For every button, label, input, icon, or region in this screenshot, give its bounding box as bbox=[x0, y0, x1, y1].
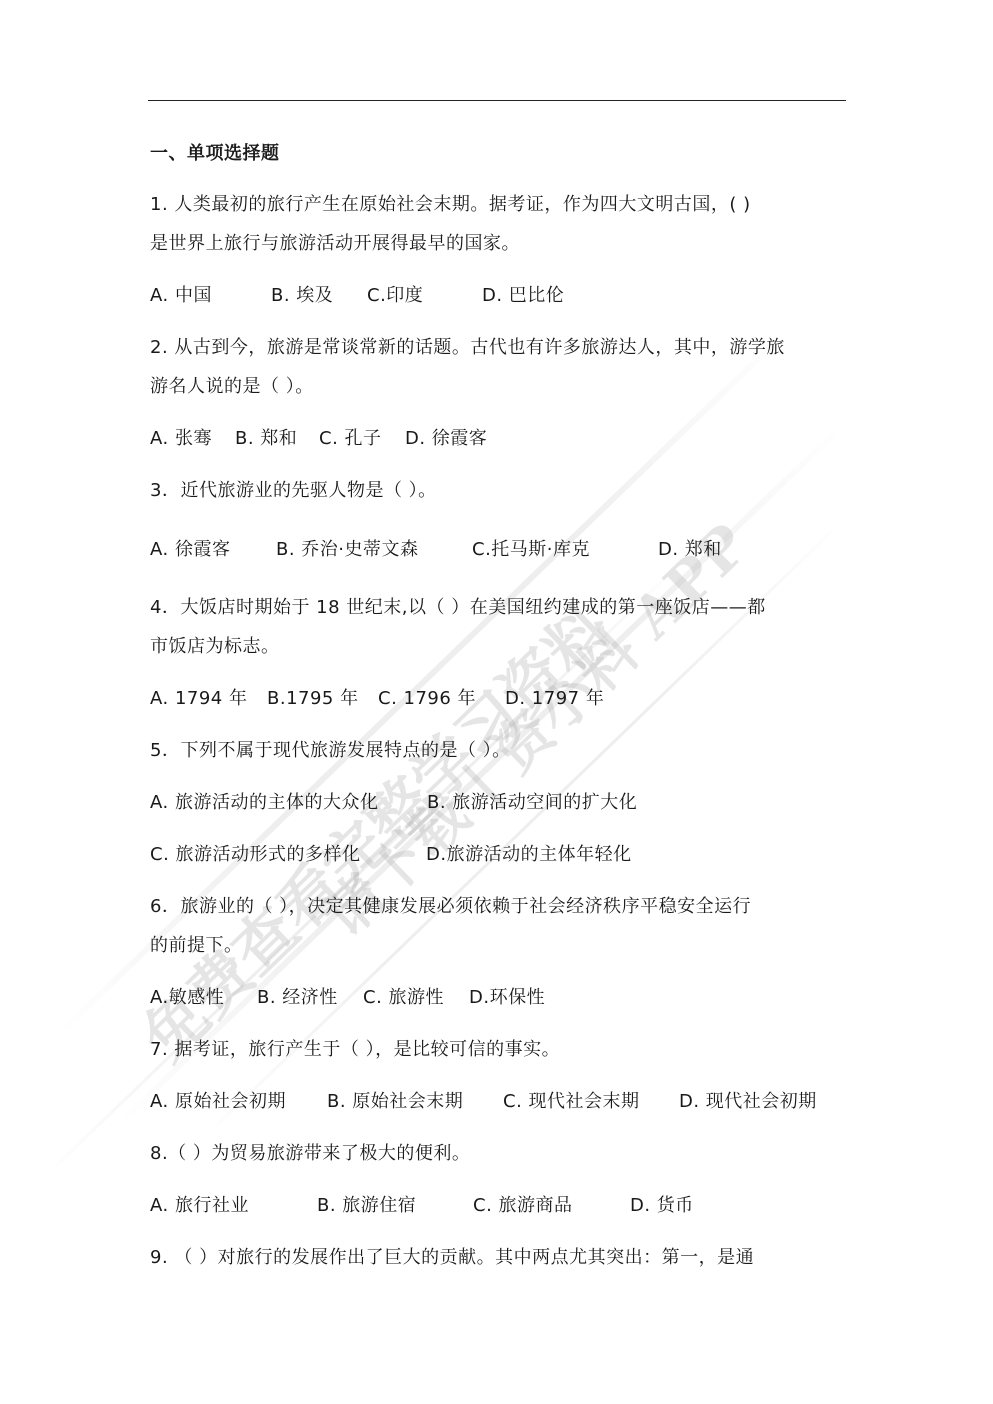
option-d: D. 郑和 bbox=[658, 538, 722, 562]
question-5-options-row-1: A. 旅游活动的主体的大众化B. 旅游活动空间的扩大化 bbox=[150, 791, 637, 815]
question-2-line-1: 2. 从古到今，旅游是常谈常新的话题。古代也有许多旅游达人，其中，游学旅 bbox=[150, 336, 785, 360]
question-1-line-1: 1. 人类最初的旅行产生在原始社会末期。据考证，作为四大文明古国，( ) bbox=[150, 193, 751, 217]
question-6-line-1: 6．旅游业的（ ），决定其健康发展必须依赖于社会经济秩序平稳安全运行 bbox=[150, 895, 751, 919]
option-b: B. 埃及 bbox=[271, 284, 367, 308]
option-a: A.敏感性 bbox=[150, 986, 257, 1010]
question-7-line-1: 7. 据考证，旅行产生于（ ），是比较可信的事实。 bbox=[150, 1038, 560, 1062]
question-9-line-1: 9. （ ）对旅行的发展作出了巨大的贡献。其中两点尤其突出：第一，是通 bbox=[150, 1246, 754, 1270]
option-c: C. 旅游性 bbox=[363, 986, 469, 1010]
question-6-line-2: 的前提下。 bbox=[150, 934, 243, 958]
option-c: C. 现代社会末期 bbox=[503, 1090, 679, 1114]
option-a: A. 1794 年 bbox=[150, 687, 267, 711]
question-2-line-2: 游名人说的是（ ）。 bbox=[150, 375, 314, 399]
option-c: C. 旅游商品 bbox=[473, 1194, 630, 1218]
option-b: B. 原始社会末期 bbox=[327, 1090, 503, 1114]
question-3-options: A. 徐霞客B. 乔治·史蒂文森C.托马斯·库克D. 郑和 bbox=[150, 538, 722, 562]
header-rule bbox=[148, 100, 846, 101]
option-c: C.印度 bbox=[367, 284, 482, 308]
question-7-options: A. 原始社会初期B. 原始社会末期C. 现代社会末期D. 现代社会初期 bbox=[150, 1090, 817, 1114]
option-d: D. 现代社会初期 bbox=[679, 1090, 817, 1114]
section-title: 一、单项选择题 bbox=[150, 142, 280, 166]
option-d: D. 徐霞客 bbox=[405, 427, 487, 451]
option-a: A. 中国 bbox=[150, 284, 271, 308]
question-8-line-1: 8.（ ）为贸易旅游带来了极大的便利。 bbox=[150, 1142, 470, 1166]
option-d: D. 货币 bbox=[630, 1194, 694, 1218]
question-1-line-2: 是世界上旅行与旅游活动开展得最早的国家。 bbox=[150, 232, 520, 256]
question-4-line-2: 市饭店为标志。 bbox=[150, 635, 280, 659]
question-5-line-1: 5．下列不属于现代旅游发展特点的是（ ）。 bbox=[150, 739, 511, 763]
option-c: C. 孔子 bbox=[319, 427, 405, 451]
question-3-line-1: 3．近代旅游业的先驱人物是（ ）。 bbox=[150, 479, 437, 503]
question-6-options: A.敏感性B. 经济性C. 旅游性D.环保性 bbox=[150, 986, 545, 1010]
option-c: C. 1796 年 bbox=[378, 687, 505, 711]
option-a: A. 原始社会初期 bbox=[150, 1090, 327, 1114]
option-a: A. 旅行社业 bbox=[150, 1194, 317, 1218]
option-b: B.1795 年 bbox=[267, 687, 378, 711]
option-d: D.旅游活动的主体年轻化 bbox=[426, 843, 632, 867]
option-d: D. 巴比伦 bbox=[482, 284, 564, 308]
option-d: D. 1797 年 bbox=[505, 687, 604, 711]
option-c: C.托马斯·库克 bbox=[472, 538, 658, 562]
document-page: 免费查看完整学习资料 请下载 | 资小料 APP 一、单项选择题 1. 人类最初… bbox=[0, 0, 993, 1404]
question-2-options: A. 张骞B. 郑和C. 孔子D. 徐霞客 bbox=[150, 427, 487, 451]
option-a: A. 旅游活动的主体的大众化 bbox=[150, 791, 427, 815]
question-5-options-row-2: C. 旅游活动形式的多样化D.旅游活动的主体年轻化 bbox=[150, 843, 632, 867]
question-4-line-1: 4．大饭店时期始于 18 世纪末,以（ ）在美国纽约建成的第一座饭店——都 bbox=[150, 596, 766, 620]
option-b: B. 郑和 bbox=[235, 427, 319, 451]
question-1-options: A. 中国B. 埃及C.印度D. 巴比伦 bbox=[150, 284, 564, 308]
question-8-options: A. 旅行社业B. 旅游住宿C. 旅游商品D. 货币 bbox=[150, 1194, 694, 1218]
question-4-options: A. 1794 年B.1795 年C. 1796 年D. 1797 年 bbox=[150, 687, 604, 711]
option-a: A. 徐霞客 bbox=[150, 538, 276, 562]
option-b: B. 旅游活动空间的扩大化 bbox=[427, 791, 637, 815]
option-b: B. 经济性 bbox=[257, 986, 363, 1010]
watermark-line-2: 请下载 | 资小料 APP bbox=[301, 501, 764, 952]
option-b: B. 旅游住宿 bbox=[317, 1194, 473, 1218]
option-c: C. 旅游活动形式的多样化 bbox=[150, 843, 426, 867]
option-a: A. 张骞 bbox=[150, 427, 235, 451]
option-d: D.环保性 bbox=[469, 986, 545, 1010]
option-b: B. 乔治·史蒂文森 bbox=[276, 538, 472, 562]
